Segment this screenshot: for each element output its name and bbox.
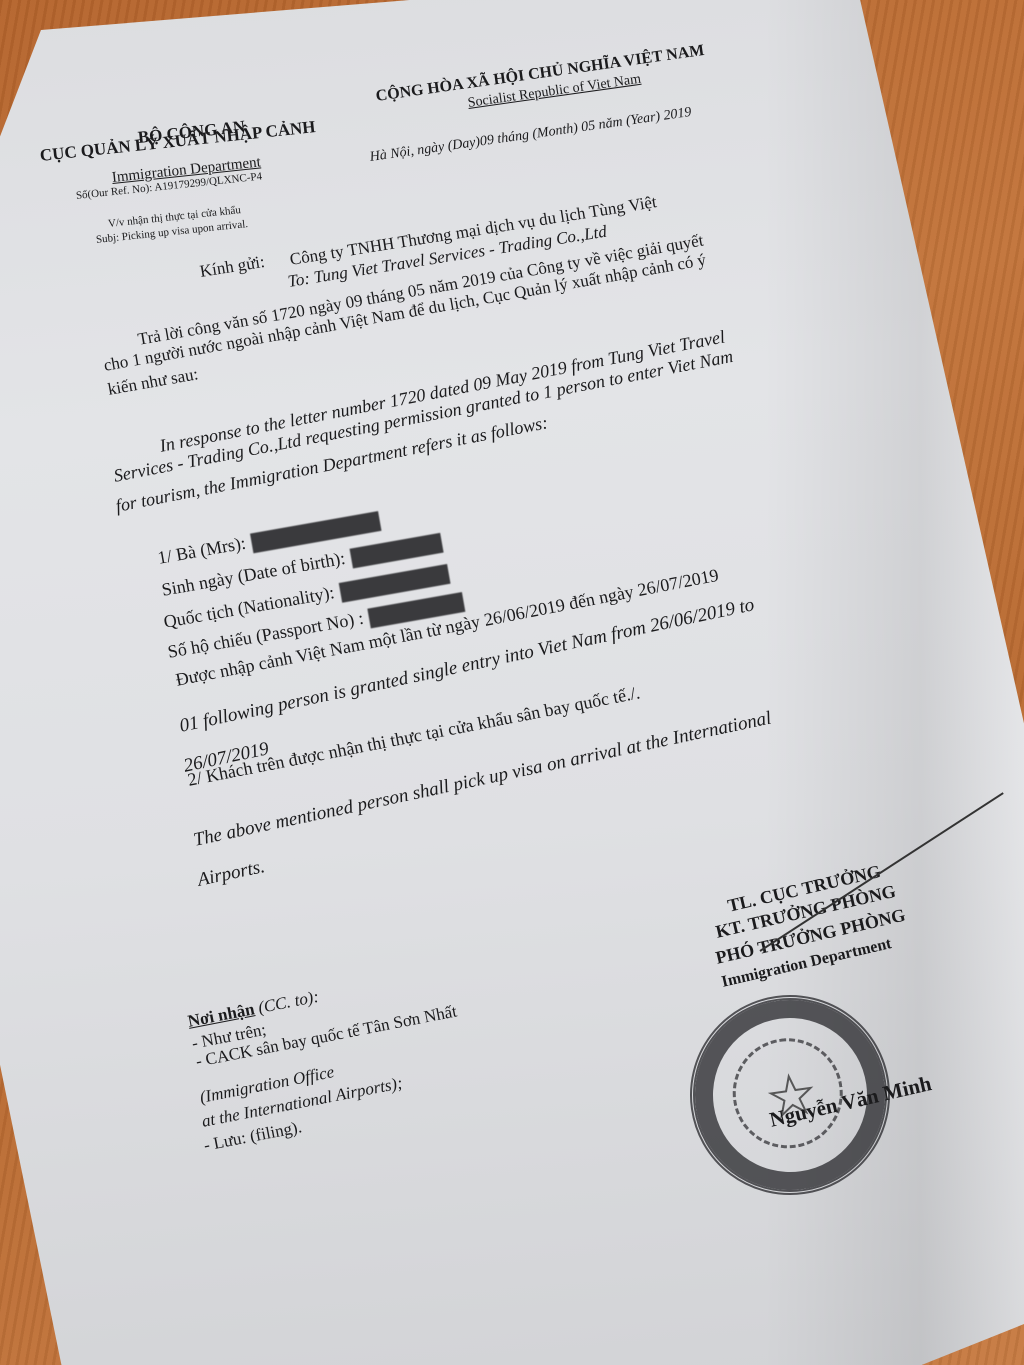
document-sheet bbox=[0, 0, 1024, 1365]
